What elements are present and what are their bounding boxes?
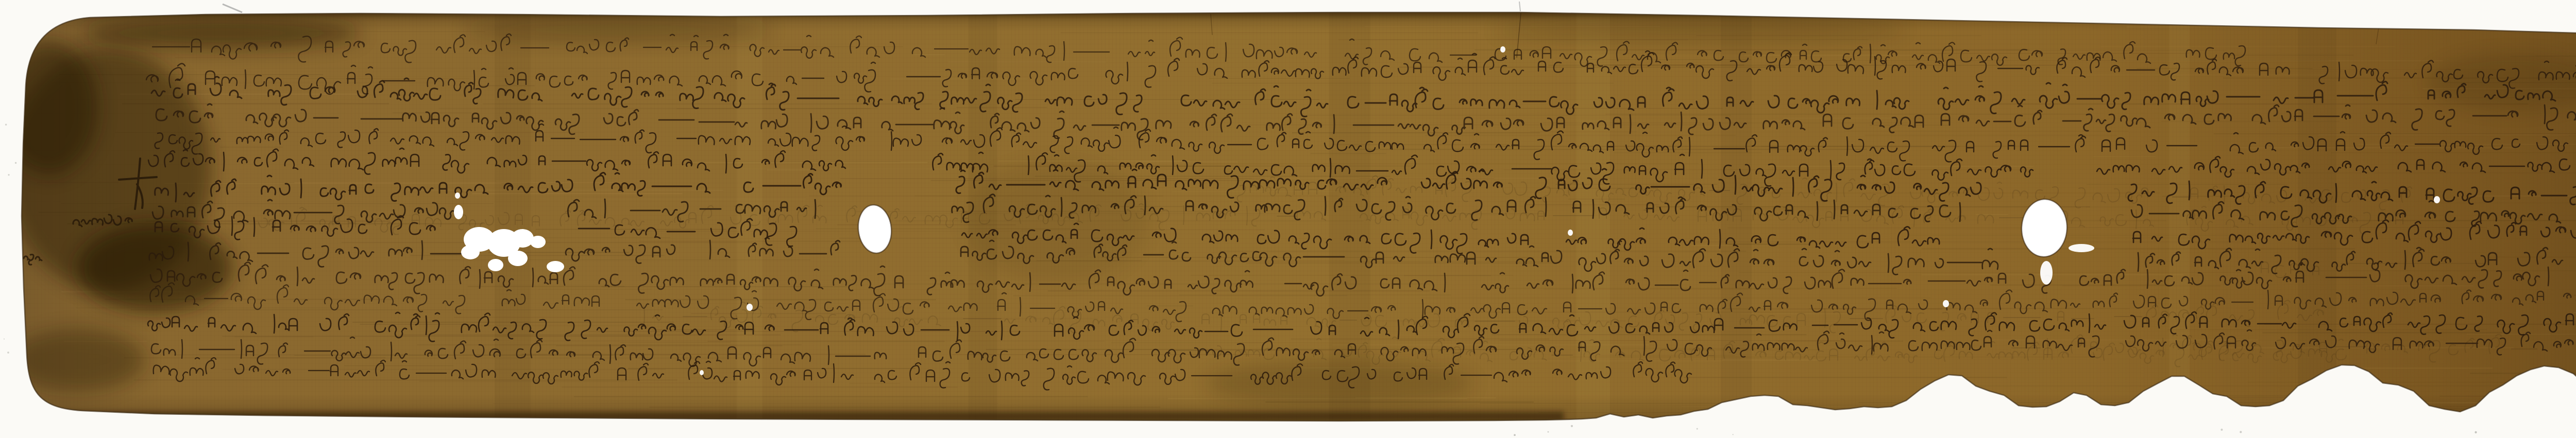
damage-blob: [454, 205, 463, 219]
worm-hole: [1568, 230, 1573, 236]
damage-blob: [530, 236, 546, 248]
worm-hole: [747, 304, 753, 311]
damage-blob: [461, 245, 480, 259]
damage-blob: [488, 259, 503, 271]
worm-hole: [2069, 244, 2094, 252]
worm-hole: [2040, 261, 2053, 285]
damage-blob: [547, 261, 564, 272]
worm-hole: [2434, 196, 2440, 203]
worm-hole: [1500, 46, 1505, 52]
worm-hole: [700, 370, 704, 375]
palm-leaf: 3 4 5: [0, 0, 2576, 438]
damage-blob: [511, 229, 534, 248]
manuscript-scan: 3 4 5 346: [0, 0, 2576, 438]
damage-blob: [508, 251, 528, 266]
worm-hole: [1943, 300, 1949, 307]
scanned-page: 3 4 5 346: [0, 0, 2576, 438]
worm-hole: [455, 192, 460, 199]
